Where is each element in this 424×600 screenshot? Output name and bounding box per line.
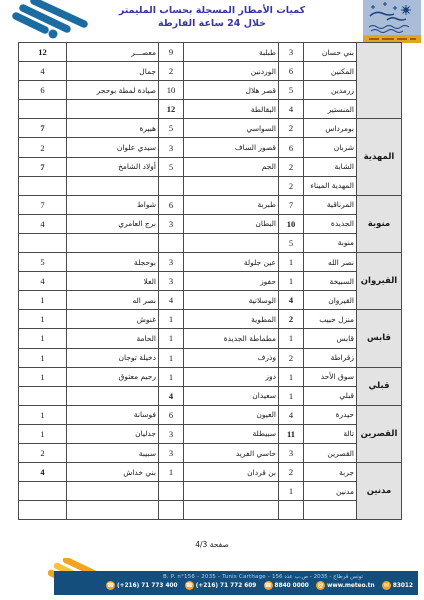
value-cell: 2 — [279, 310, 304, 329]
station-cell — [67, 100, 159, 119]
title-line1: كميات الأمطار المسجلة بحساب المليمتر — [0, 5, 424, 18]
value-cell: 3 — [279, 43, 304, 62]
station-cell: شربان — [304, 138, 357, 157]
value-cell: 2 — [279, 157, 304, 176]
callcenter-number: 8840 0000 — [275, 583, 309, 589]
callcenter-contact: ☎ 8840 0000 — [264, 581, 309, 590]
station-cell: وذرف — [184, 348, 279, 367]
value-cell: 1 — [19, 405, 67, 424]
table-row: القصرينحيدرة4العيون6فوسانة1 — [19, 405, 402, 424]
station-cell: القيروان — [304, 291, 357, 310]
value-cell: 2 — [279, 348, 304, 367]
value-cell — [159, 482, 184, 501]
fax-icon: ☎ — [185, 581, 194, 590]
value-cell: 1 — [279, 272, 304, 291]
value-cell: 4 — [19, 272, 67, 291]
station-cell: طبربة — [184, 195, 279, 214]
value-cell: 5 — [159, 119, 184, 138]
table-row: مدنين1 — [19, 482, 402, 501]
value-cell: 3 — [279, 443, 304, 462]
station-cell: عين جلولة — [184, 253, 279, 272]
value-cell: 11 — [279, 424, 304, 443]
station-cell: دخيلة توجان — [67, 348, 159, 367]
table-row: القيرواننصر الله1عين جلولة3بوحجلة5 — [19, 253, 402, 272]
inm-emblem-logo — [363, 0, 421, 43]
value-cell — [159, 501, 184, 520]
station-cell: المهدية الميناء — [304, 176, 357, 195]
value-cell: 6 — [159, 195, 184, 214]
value-cell: 1 — [279, 482, 304, 501]
value-cell — [159, 233, 184, 252]
value-cell: 4 — [19, 463, 67, 482]
station-cell: جدليان — [67, 424, 159, 443]
station-cell: سبيطلة — [184, 424, 279, 443]
value-cell: 7 — [19, 195, 67, 214]
station-cell: فوسانة — [67, 405, 159, 424]
value-cell: 1 — [19, 310, 67, 329]
station-cell: بومرداس — [304, 119, 357, 138]
value-cell — [19, 482, 67, 501]
station-cell: بني حسان — [304, 43, 357, 62]
table-row: زرمدين5قصر هلال10صيادة لمطة بوحجر6 — [19, 81, 402, 100]
station-cell: السبيخة — [304, 272, 357, 291]
value-cell: 6 — [279, 62, 304, 81]
value-cell: 10 — [279, 214, 304, 233]
station-cell: أولاد الشامخ — [67, 157, 159, 176]
station-cell — [184, 176, 279, 195]
table-row: القيروان4الوسلاتية4نصر اله1 — [19, 291, 402, 310]
address-line: B. P. n°156 - 2035 - Tunis Carthage - تو… — [54, 571, 418, 580]
station-cell: العيون — [184, 405, 279, 424]
station-cell: العلا — [67, 272, 159, 291]
station-cell — [67, 386, 159, 405]
rainfall-table: بني حسان3طبلبة9معصـــر12المكنين6الوردنين… — [18, 42, 402, 520]
value-cell: 2 — [19, 443, 67, 462]
value-cell — [159, 176, 184, 195]
value-cell: 1 — [159, 367, 184, 386]
table-row: الشابة2الجم5أولاد الشامخ7 — [19, 157, 402, 176]
title-line2: خلال 24 ساعة الفارطة — [0, 18, 424, 31]
table-row: السبيخة1حفوز3العلا4 — [19, 272, 402, 291]
station-cell — [184, 233, 279, 252]
station-cell: الجديدة — [304, 214, 357, 233]
station-cell: بني خداش — [67, 463, 159, 482]
value-cell: 3 — [159, 253, 184, 272]
table-row: مدنينجربة2بن قردان1بني خداش4 — [19, 463, 402, 482]
station-cell: معصـــر — [67, 43, 159, 62]
phone-icon: ☎ — [106, 581, 115, 590]
value-cell: 4 — [19, 62, 67, 81]
station-cell — [184, 501, 279, 520]
rain-table-body: بني حسان3طبلبة9معصـــر12المكنين6الوردنين… — [19, 43, 402, 520]
station-cell: طبلبة — [184, 43, 279, 62]
mail-contact: ✉ 83012 — [382, 581, 413, 590]
value-cell: 1 — [279, 329, 304, 348]
table-row: زقراطة2وذرف1دخيلة توجان1 — [19, 348, 402, 367]
station-cell: جربة — [304, 463, 357, 482]
value-cell: 2 — [159, 62, 184, 81]
value-cell — [19, 233, 67, 252]
table-row: المكنين6الوردنين2جمال4 — [19, 62, 402, 81]
value-cell: 1 — [279, 367, 304, 386]
value-cell: 4 — [279, 100, 304, 119]
table-row: المنستير4البقالطة12 — [19, 100, 402, 119]
fax-number: (+216) 71 772 609 — [196, 583, 257, 589]
value-cell — [19, 386, 67, 405]
station-cell: شواط — [67, 195, 159, 214]
station-cell: بن قردان — [184, 463, 279, 482]
value-cell: 1 — [19, 348, 67, 367]
value-cell: 4 — [279, 291, 304, 310]
station-cell: القصرين — [304, 443, 357, 462]
mail-icon: ✉ — [382, 581, 391, 590]
value-cell: 7 — [19, 119, 67, 138]
table-row: قابسمنزل حبيب2المطوية1غنوش1 — [19, 310, 402, 329]
value-cell: 1 — [159, 348, 184, 367]
station-cell: زقراطة — [304, 348, 357, 367]
value-cell: 1 — [159, 329, 184, 348]
region-cell: منوبة — [357, 195, 402, 252]
station-cell: مدنين — [304, 482, 357, 501]
station-cell: قبلي — [304, 386, 357, 405]
station-cell: حاسي الفريد — [184, 443, 279, 462]
value-cell: 1 — [159, 463, 184, 482]
station-cell: زرمدين — [304, 81, 357, 100]
station-cell: حفوز — [184, 272, 279, 291]
value-cell: 5 — [279, 81, 304, 100]
phone-number: (+216) 71 773 400 — [117, 583, 178, 589]
value-cell: 1 — [19, 329, 67, 348]
value-cell: 4 — [159, 291, 184, 310]
value-cell: 3 — [159, 443, 184, 462]
station-cell: البطان — [184, 214, 279, 233]
value-cell: 6 — [159, 405, 184, 424]
value-cell: 2 — [279, 176, 304, 195]
value-cell — [19, 176, 67, 195]
globe-icon: @ — [316, 581, 325, 590]
value-cell: 4 — [279, 405, 304, 424]
station-cell: سوق الأحد — [304, 367, 357, 386]
table-row: شربان6قصور الساف3سيدي علوان2 — [19, 138, 402, 157]
contacts-row: ☎ (+216) 71 773 400 ☎ (+216) 71 772 609 … — [106, 581, 413, 590]
value-cell: 1 — [279, 386, 304, 405]
station-cell: هبيرة — [67, 119, 159, 138]
value-cell — [19, 100, 67, 119]
station-cell — [67, 501, 159, 520]
region-cell: قبلي — [357, 367, 402, 405]
value-cell: 2 — [279, 119, 304, 138]
table-row: منوبةالمرناقية7طبربة6شواط7 — [19, 195, 402, 214]
station-cell: حيدرة — [304, 405, 357, 424]
value-cell: 5 — [279, 233, 304, 252]
station-cell: قصر هلال — [184, 81, 279, 100]
value-cell: 6 — [279, 138, 304, 157]
value-cell: 2 — [19, 138, 67, 157]
value-cell: 3 — [159, 272, 184, 291]
station-cell: الجم — [184, 157, 279, 176]
station-cell: الحامة — [67, 329, 159, 348]
callcenter-icon: ☎ — [264, 581, 273, 590]
region-cell: المهدية — [357, 119, 402, 195]
value-cell: 5 — [19, 253, 67, 272]
station-cell: البقالطة — [184, 100, 279, 119]
table-row: الجديدة10البطان3برج العامري4 — [19, 214, 402, 233]
station-cell: الشابة — [304, 157, 357, 176]
value-cell: 3 — [159, 214, 184, 233]
value-cell: 1 — [19, 367, 67, 386]
table-row: قابس1مطماطة الجديدة1الحامة1 — [19, 329, 402, 348]
value-cell: 2 — [279, 463, 304, 482]
station-cell: رجيم معتوق — [67, 367, 159, 386]
value-cell: 1 — [279, 253, 304, 272]
station-cell: تالة — [304, 424, 357, 443]
value-cell: 1 — [159, 310, 184, 329]
station-cell: غنوش — [67, 310, 159, 329]
value-cell: 3 — [159, 424, 184, 443]
value-cell — [19, 501, 67, 520]
station-cell: قابس — [304, 329, 357, 348]
station-cell: قصور الساف — [184, 138, 279, 157]
value-cell: 3 — [159, 138, 184, 157]
value-cell: 9 — [159, 43, 184, 62]
station-cell: صيادة لمطة بوحجر — [67, 81, 159, 100]
website-url[interactable]: www.meteo.tn — [327, 583, 375, 589]
station-cell: المنستير — [304, 100, 357, 119]
footer-bar: B. P. n°156 - 2035 - Tunis Carthage - تو… — [54, 571, 418, 595]
phone-contact: ☎ (+216) 71 773 400 — [106, 581, 178, 590]
table-row: منوبة5 — [19, 233, 402, 252]
station-cell — [67, 233, 159, 252]
station-cell: سبيبة — [67, 443, 159, 462]
station-cell — [67, 176, 159, 195]
station-cell: برج العامري — [67, 214, 159, 233]
value-cell: 6 — [19, 81, 67, 100]
station-cell: منوبة — [304, 233, 357, 252]
value-cell — [279, 501, 304, 520]
value-cell: 12 — [159, 100, 184, 119]
station-cell: منزل حبيب — [304, 310, 357, 329]
station-cell — [67, 482, 159, 501]
station-cell: سيدي علوان — [67, 138, 159, 157]
rainfall-bulletin-page: كميات الأمطار المسجلة بحساب المليمتر خلا… — [0, 0, 424, 600]
station-cell: دوز — [184, 367, 279, 386]
value-cell: 10 — [159, 81, 184, 100]
value-cell: 12 — [19, 43, 67, 62]
table-row: المهدية الميناء2 — [19, 176, 402, 195]
table-row: المهديةبومرداس2السواسي5هبيرة7 — [19, 119, 402, 138]
region-cell: القيروان — [357, 253, 402, 310]
mail-code: 83012 — [393, 583, 413, 589]
region-cell: قابس — [357, 310, 402, 367]
value-cell: 4 — [159, 386, 184, 405]
station-cell: مطماطة الجديدة — [184, 329, 279, 348]
value-cell: 1 — [19, 291, 67, 310]
value-cell: 7 — [19, 157, 67, 176]
value-cell: 7 — [279, 195, 304, 214]
station-cell: السواسي — [184, 119, 279, 138]
fax-contact: ☎ (+216) 71 772 609 — [185, 581, 257, 590]
station-cell: المرناقية — [304, 195, 357, 214]
station-cell: نصر الله — [304, 253, 357, 272]
value-cell: 5 — [159, 157, 184, 176]
table-row: قبلي1سعيدان4 — [19, 386, 402, 405]
region-cell: مدنين — [357, 463, 402, 520]
station-cell: بوحجلة — [67, 253, 159, 272]
value-cell: 4 — [19, 214, 67, 233]
station-cell: جمال — [67, 62, 159, 81]
station-cell: المطوية — [184, 310, 279, 329]
table-row: تالة11سبيطلة3جدليان1 — [19, 424, 402, 443]
logo-dot — [49, 30, 58, 39]
page-number: صفحة 4/3 — [0, 540, 424, 549]
table-row: بني حسان3طبلبة9معصـــر12 — [19, 43, 402, 62]
station-cell — [304, 501, 357, 520]
website-contact[interactable]: @ www.meteo.tn — [316, 581, 375, 590]
value-cell: 1 — [19, 424, 67, 443]
station-cell: سعيدان — [184, 386, 279, 405]
table-row: القصرين3حاسي الفريد3سبيبة2 — [19, 443, 402, 462]
region-cell — [357, 43, 402, 119]
station-cell: المكنين — [304, 62, 357, 81]
station-cell — [184, 482, 279, 501]
station-cell: نصر اله — [67, 291, 159, 310]
station-cell: الوردنين — [184, 62, 279, 81]
page-title: كميات الأمطار المسجلة بحساب المليمتر خلا… — [0, 5, 424, 30]
table-row: قبليسوق الأحد1دوز1رجيم معتوق1 — [19, 367, 402, 386]
station-cell: الوسلاتية — [184, 291, 279, 310]
region-cell: القصرين — [357, 405, 402, 462]
table-row — [19, 501, 402, 520]
